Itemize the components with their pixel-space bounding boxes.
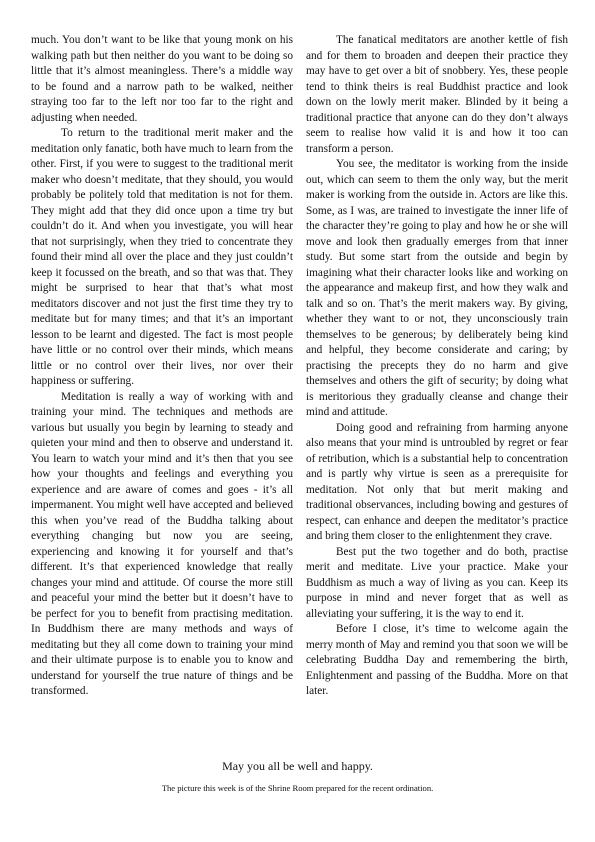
document-page: much. You don’t want to be like that you… — [0, 0, 595, 842]
paragraph: To return to the traditional merit maker… — [31, 126, 293, 390]
right-column: The fanatical meditators are another ket… — [306, 33, 568, 700]
closing-blessing: May you all be well and happy. — [0, 758, 595, 774]
paragraph: Best put the two together and do both, p… — [306, 545, 568, 623]
paragraph: much. You don’t want to be like that you… — [31, 33, 293, 126]
paragraph: Before I close, it’s time to welcome aga… — [306, 622, 568, 700]
paragraph: Doing good and refraining from harming a… — [306, 421, 568, 545]
paragraph: The fanatical meditators are another ket… — [306, 33, 568, 157]
picture-caption: The picture this week is of the Shrine R… — [0, 782, 595, 794]
left-column: much. You don’t want to be like that you… — [31, 33, 293, 700]
paragraph: You see, the meditator is working from t… — [306, 157, 568, 421]
paragraph: Meditation is really a way of working wi… — [31, 390, 293, 700]
